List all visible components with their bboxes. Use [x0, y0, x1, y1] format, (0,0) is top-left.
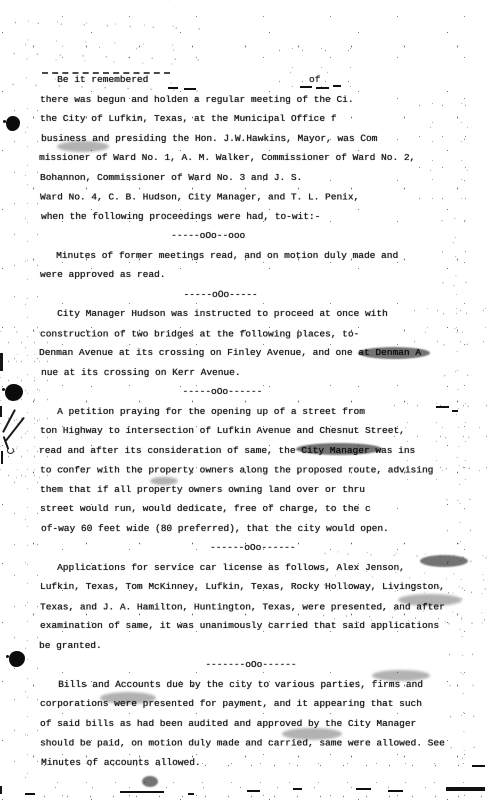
stray-dash-mark [472, 765, 485, 767]
text-line: there was begun and holden a regular mee… [40, 90, 480, 110]
text-line: ton Highway to intersection of Lufkin Av… [40, 421, 480, 441]
stray-dash-mark [25, 793, 35, 795]
ink-smudge [142, 776, 158, 787]
scanned-minutes-page: of Be it rememberedthere was begun and h… [0, 0, 488, 800]
ink-blot [5, 384, 23, 401]
text-line: street would run, would dedicate, free o… [40, 499, 480, 519]
text-line: Lufkin, Texas, Tom McKinney, Lufkin, Tex… [40, 577, 480, 597]
stray-dash-mark [452, 410, 458, 412]
ink-smudge [57, 141, 109, 152]
text-line: to confer with the property owners along… [40, 461, 480, 481]
text-line: Minutes of accounts allowed. [41, 753, 481, 773]
ink-blot [9, 651, 25, 667]
text-line: of said bills as had been audited and ap… [40, 714, 480, 734]
scan-edge-mark [1, 451, 3, 464]
minutes-text-block: Be it rememberedthere was begun and hold… [40, 70, 480, 772]
text-line: A petition praying for the opening up of… [40, 402, 480, 422]
ink-smudge [372, 670, 430, 681]
stray-dash-mark [388, 790, 403, 792]
text-line: -----oOo----- [41, 285, 481, 305]
text-line: Be it remembered [40, 70, 480, 90]
text-line: Minutes of former meetings read, and on … [39, 246, 479, 266]
ink-smudge [398, 594, 462, 606]
text-line: Applications for service car license as … [40, 558, 480, 578]
text-line: -----oOo--ooo [40, 226, 480, 246]
stray-dash-mark [293, 788, 302, 790]
pen-scribble [7, 447, 14, 454]
stray-dash-mark [446, 787, 485, 791]
ink-smudge [100, 692, 156, 704]
text-line: should be paid, on motion duly made and … [40, 734, 480, 754]
scan-edge-mark [0, 353, 3, 371]
ink-smudge [296, 443, 382, 455]
ink-smudge [420, 555, 468, 567]
stray-dash-mark [188, 793, 194, 795]
text-line: when the following proceedings were had,… [41, 207, 481, 227]
ink-smudge [358, 347, 430, 359]
text-line: of-way 60 feet wide (80 preferred), that… [41, 519, 481, 539]
text-line: were approved as read. [40, 265, 480, 285]
text-line: -----oOo------ [40, 382, 480, 402]
scan-edge-mark [0, 786, 2, 794]
text-line: ------oOo------ [39, 538, 479, 558]
scan-edge-mark [0, 406, 2, 417]
text-line: nue at its crossing on Kerr Avenue. [41, 363, 481, 383]
stray-dash-mark [120, 791, 164, 793]
stray-dash-mark [356, 788, 371, 790]
ink-smudge [150, 477, 178, 485]
ink-smudge [282, 728, 342, 740]
stray-dash-mark [436, 406, 449, 408]
text-line: examination of same, it was unanimously … [40, 616, 480, 636]
text-line: read and after its consideration of same… [39, 441, 479, 461]
text-line: City Manager Hudson was instructed to pr… [40, 304, 480, 324]
text-line: Bohannon, Commissioner of Ward No. 3 and… [40, 168, 480, 188]
text-line: missioner of Ward No. 1, A. M. Walker, C… [39, 148, 479, 168]
stray-dash-mark [247, 790, 260, 792]
ink-blot [6, 116, 20, 131]
text-line: be granted. [39, 636, 479, 656]
text-line: the City of Lufkin, Texas, at the Munici… [40, 109, 480, 129]
text-line: Ward No. 4, C. B. Hudson, City Manager, … [40, 188, 480, 208]
text-line: them that if all property owners owning … [40, 480, 480, 500]
text-line: construction of two bridges at the follo… [40, 324, 480, 344]
